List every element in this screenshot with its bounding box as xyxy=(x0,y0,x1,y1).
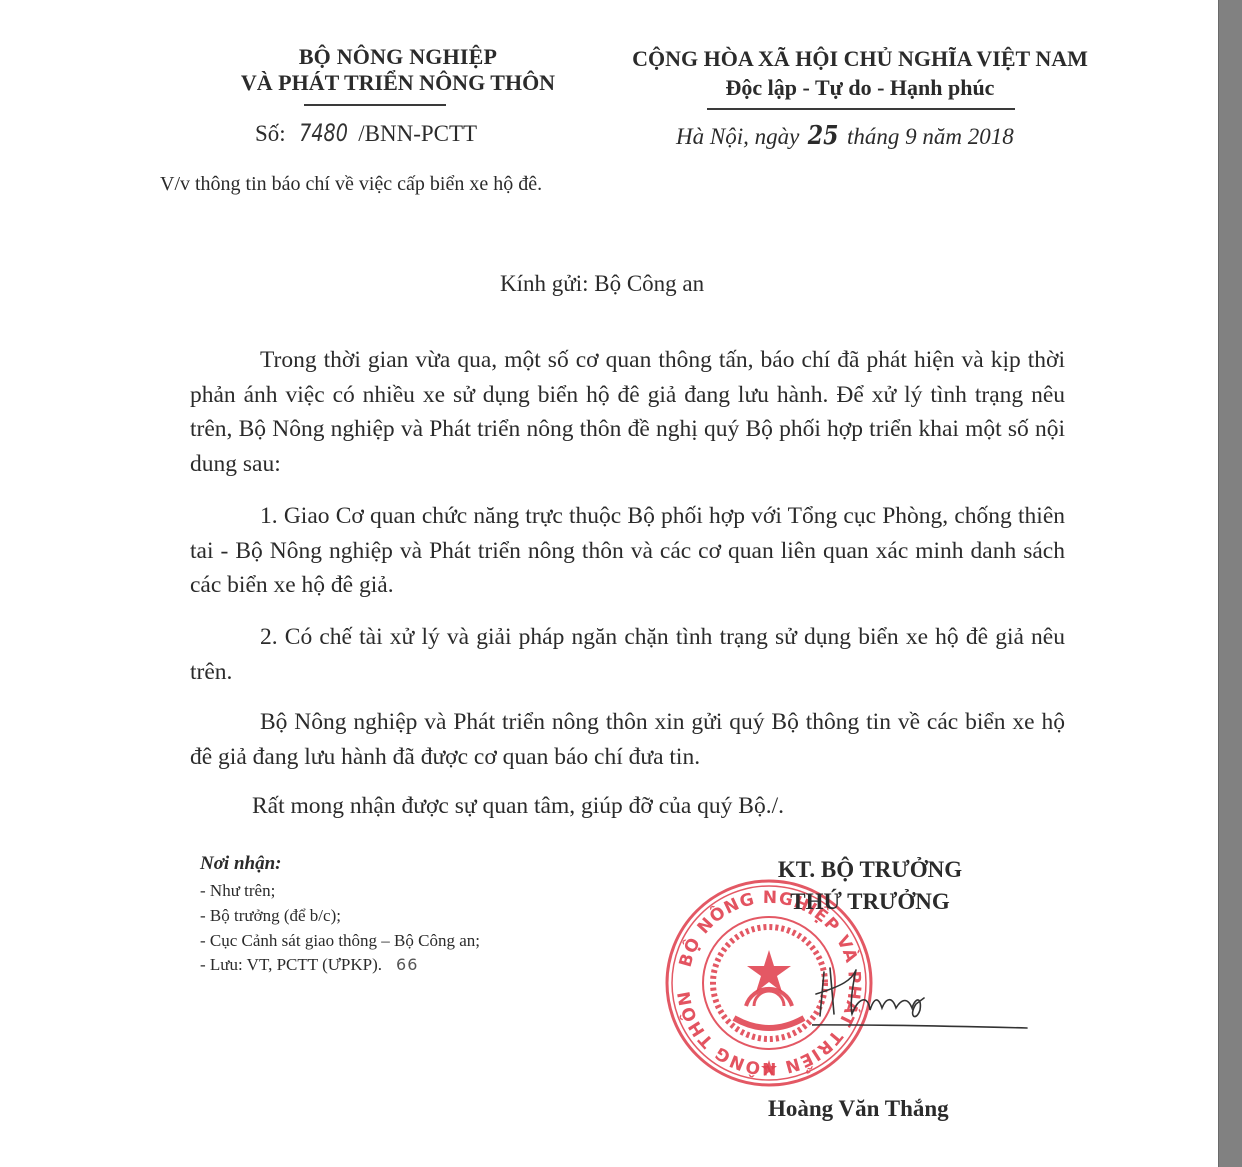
document-subject: V/v thông tin báo chí về việc cấp biển x… xyxy=(160,172,542,196)
motto-underline xyxy=(707,108,1015,110)
handwritten-note: 66 xyxy=(396,955,418,974)
document-number: Số: 7480 /BNN-PCTT xyxy=(255,118,477,149)
handwritten-signature-icon xyxy=(812,958,1042,1048)
dateline: Hà Nội, ngày 25 tháng 9 năm 2018 xyxy=(676,120,1014,153)
date-suffix: tháng 9 năm 2018 xyxy=(847,124,1014,149)
national-title: CỘNG HÒA XÃ HỘI CHỦ NGHĨA VIỆT NAM xyxy=(600,46,1120,72)
recipient-item: - Bộ trưởng (để b/c); xyxy=(200,905,341,927)
body-paragraph: Trong thời gian vừa qua, một số cơ quan … xyxy=(190,343,1065,481)
recipient-item: - Cục Cảnh sát giao thông – Bộ Công an; xyxy=(200,930,480,952)
signature-title-line2: THỨ TRƯỞNG xyxy=(765,888,975,916)
ministry-name-line2: VÀ PHÁT TRIỂN NÔNG THÔN xyxy=(188,70,608,96)
viewer-side-strip xyxy=(1218,0,1242,1167)
signature-title-line1: KT. BỘ TRƯỞNG xyxy=(765,856,975,884)
body-paragraph: 2. Có chế tài xử lý và giải pháp ngăn ch… xyxy=(190,620,1065,689)
document-number-handwritten: 7480 xyxy=(300,118,349,148)
national-motto: Độc lập - Tự do - Hạnh phúc xyxy=(600,74,1120,102)
body-paragraph: 1. Giao Cơ quan chức năng trực thuộc Bộ … xyxy=(190,499,1065,603)
signer-name: Hoàng Văn Thắng xyxy=(768,1094,949,1124)
recipient-item: - Như trên; xyxy=(200,880,275,902)
date-prefix: Hà Nội, ngày xyxy=(676,124,799,149)
document-number-label: Số: xyxy=(255,121,286,146)
date-day-handwritten: 25 xyxy=(808,120,839,152)
document-number-suffix: /BNN-PCTT xyxy=(358,121,477,146)
salutation: Kính gửi: Bộ Công an xyxy=(500,269,704,299)
ministry-underline xyxy=(304,104,446,106)
body-paragraph: Bộ Nông nghiệp và Phát triển nông thôn x… xyxy=(190,705,1065,774)
recipient-item: - Lưu: VT, PCTT (ƯPKP).66 xyxy=(200,954,418,976)
body-paragraph: Rất mong nhận được sự quan tâm, giúp đỡ … xyxy=(190,789,1065,824)
ministry-name-line1: BỘ NÔNG NGHIỆP xyxy=(188,44,608,70)
recipients-title: Nơi nhận: xyxy=(200,853,281,875)
